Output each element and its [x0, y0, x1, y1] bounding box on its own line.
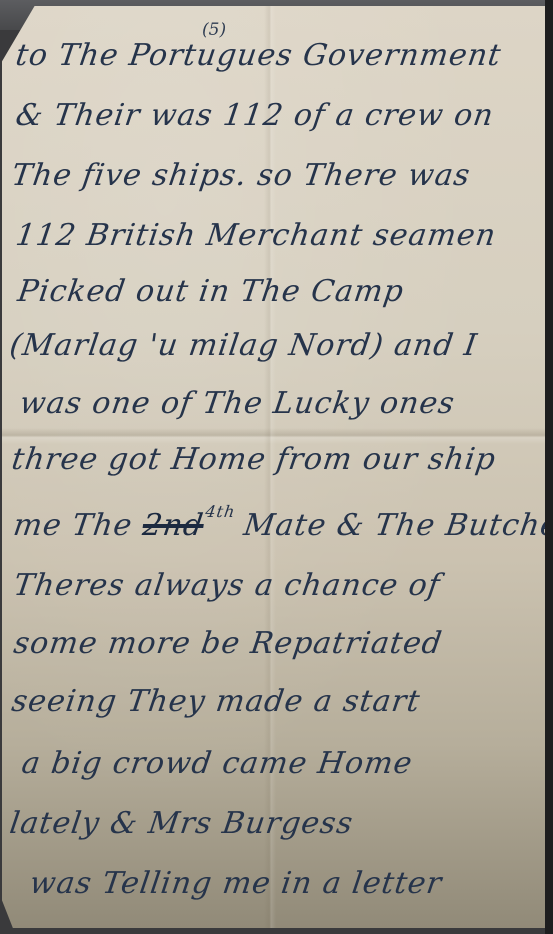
letter-line-9: me The 2nd4th Mate & The Butcher. — [11, 502, 553, 543]
letter-line-8: three got Home from our ship — [10, 442, 499, 477]
letter-line-3: The five ships. so There was — [10, 158, 473, 193]
letter-line-1: to The Portugues Government — [14, 38, 504, 73]
letter-line-10: Theres always a chance of — [12, 568, 443, 603]
line9-suffix: Mate & The Butcher. — [231, 508, 553, 543]
letter-line-7: was one of The Lucky ones — [18, 386, 458, 421]
crossed-out-word: 2nd — [140, 508, 206, 543]
letter-line-5: Picked out in The Camp — [16, 274, 407, 309]
letter-line-12: seeing They made a start — [10, 684, 423, 719]
letter-line-6: (Marlag 'u milag Nord) and I — [8, 328, 480, 363]
letter-line-15: was Telling me in a letter — [28, 866, 445, 901]
letter-line-4: 112 British Merchant seamen — [14, 218, 499, 253]
line9-prefix: me The — [11, 508, 145, 543]
background-edge — [545, 0, 553, 934]
letter-page: (5) to The Portugues Government & Their … — [2, 6, 545, 928]
letter-line-2: & Their was 112 of a crew on — [14, 98, 497, 133]
page-number: (5) — [202, 20, 226, 40]
letter-line-13: a big crowd came Home — [20, 746, 415, 781]
letter-line-14: lately & Mrs Burgess — [8, 806, 356, 841]
letter-line-11: some more be Repatriated — [12, 626, 445, 661]
superscript-correction: 4th — [204, 502, 237, 521]
